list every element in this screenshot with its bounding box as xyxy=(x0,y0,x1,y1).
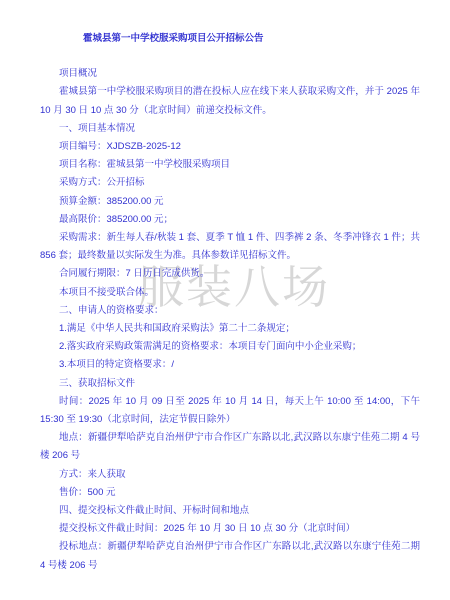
section-4-heading: 四、提交投标文件截止时间、开标时间和地点 xyxy=(40,502,420,520)
para-max-price: 最高限价：385200.00 元； xyxy=(40,211,420,229)
para-qualification-1: 1.满足《中华人民共和国政府采购法》第二十二条规定； xyxy=(40,320,420,338)
document-body: 霍城县第一中学校服采购项目公开招标公告 项目概况 霍城县第一中学校服采购项目的潜… xyxy=(0,0,450,575)
para-project-name: 项目名称：霍城县第一中学校服采购项目 xyxy=(40,156,420,174)
para-document-time: 时间：2025 年 10 月 09 日至 2025 年 10 月 14 日，每天… xyxy=(40,393,420,429)
para-qualification-2: 2.落实政府采购政策需满足的资格要求：本项目专门面向中小企业采购； xyxy=(40,338,420,356)
para-document-method: 方式：来人获取 xyxy=(40,466,420,484)
para-budget-amount: 预算金额：385200.00 元 xyxy=(40,193,420,211)
para-project-number: 项目编号：XJDSZB-2025-12 xyxy=(40,138,420,156)
intro-paragraph: 霍城县第一中学校服采购项目的潜在投标人应在线下来人获取采购文件，并于 2025 … xyxy=(40,83,420,119)
para-procurement-requirements: 采购需求：新生每人春/秋装 1 套、夏季 T 恤 1 件、四季裤 2 条、冬季冲… xyxy=(40,229,420,265)
overview-heading: 项目概况 xyxy=(40,65,420,83)
para-qualification-3: 3.本项目的特定资格要求：/ xyxy=(40,356,420,374)
para-bid-deadline: 提交投标文件截止时间：2025 年 10 月 30 日 10 点 30 分（北京… xyxy=(40,520,420,538)
section-2-heading: 二、申请人的资格要求： xyxy=(40,302,420,320)
para-document-location: 地点：新疆伊犁哈萨克自治州伊宁市合作区广东路以北,武汉路以东康宁佳苑二期 4 号… xyxy=(40,429,420,465)
section-3-heading: 三、获取招标文件 xyxy=(40,375,420,393)
para-bid-location: 投标地点：新疆伊犁哈萨克自治州伊宁市合作区广东路以北,武汉路以东康宁佳苑二期 4… xyxy=(40,538,420,574)
para-contract-period: 合同履行期限：7 日历日完成供货。 xyxy=(40,265,420,283)
para-document-price: 售价：500 元 xyxy=(40,484,420,502)
para-procurement-method: 采购方式：公开招标 xyxy=(40,174,420,192)
para-no-consortium: 本项目不接受联合体。 xyxy=(40,284,420,302)
section-1-heading: 一、项目基本情况 xyxy=(40,120,420,138)
document-title: 霍城县第一中学校服采购项目公开招标公告 xyxy=(40,30,420,48)
announcement-document: 服装八场 霍城县第一中学校服采购项目公开招标公告 项目概况 霍城县第一中学校服采… xyxy=(0,0,450,600)
